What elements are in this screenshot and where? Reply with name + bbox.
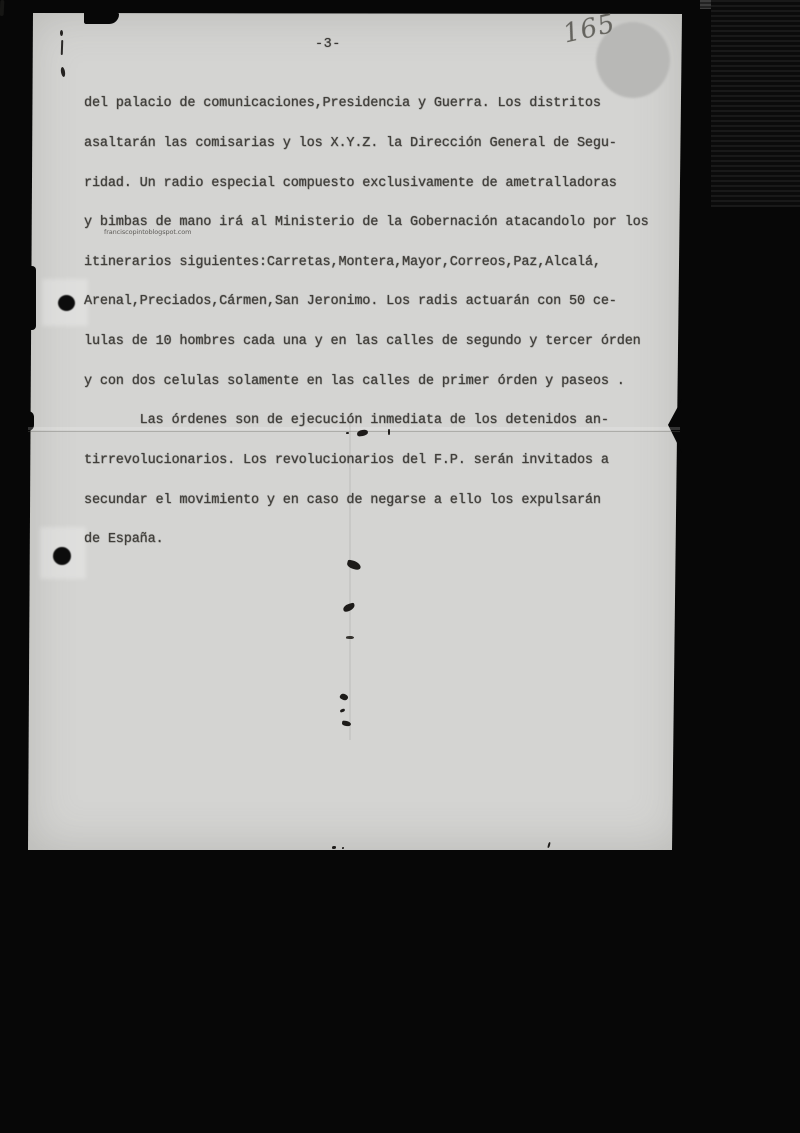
pen-mark — [60, 30, 63, 36]
typed-line: del palacio de comunicaciones,Presidenci… — [84, 97, 684, 110]
ink-speck — [342, 847, 344, 849]
typed-line: tirrevolucionarios. Los revolucionarios … — [84, 454, 684, 467]
torn-edge-left — [28, 266, 36, 330]
ink-speck — [346, 636, 354, 640]
fold-crease-highlight — [28, 427, 680, 430]
typed-line: Las órdenes son de ejecución inmediata d… — [84, 414, 684, 427]
typed-line: Arenal,Preciados,Cármen,San Jeronimo. Lo… — [84, 295, 684, 308]
fold-crease-horizontal — [28, 431, 680, 432]
typed-line: y con dos celulas solamente en las calle… — [84, 375, 684, 388]
typed-line: de España. — [84, 533, 684, 546]
ink-speck — [388, 429, 390, 435]
typed-line: asaltarán las comisarias y los X.Y.Z. la… — [84, 137, 684, 150]
pen-mark — [0, 0, 4, 16]
typed-page-number: -3- — [315, 37, 341, 52]
fold-crease-vertical — [349, 418, 351, 740]
typed-line: ridad. Un radio especial compuesto exclu… — [84, 177, 684, 190]
scanned-document-page: 165 -3- del palacio de comunicaciones,Pr… — [0, 0, 800, 1133]
hole-punch — [53, 547, 71, 565]
ink-speck — [346, 432, 349, 434]
ink-speck — [332, 846, 336, 849]
watermark-text: franciscopintoblogspot.com — [104, 228, 191, 236]
typed-line: itinerarios siguientes:Carretas,Montera,… — [84, 256, 684, 269]
torn-edge-top — [84, 13, 119, 24]
typed-text-block: del palacio de comunicaciones,Presidenci… — [84, 71, 684, 573]
hole-punch — [58, 295, 75, 311]
typed-line: lulas de 10 hombres cada una y en las ca… — [84, 335, 684, 348]
scanline-artifact-band — [711, 0, 800, 207]
typed-line: secundar el movimiento y en caso de nega… — [84, 494, 684, 507]
